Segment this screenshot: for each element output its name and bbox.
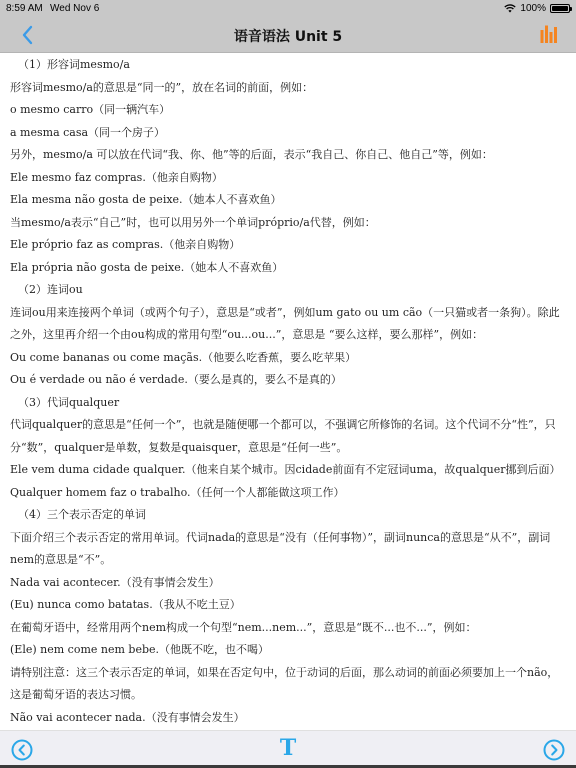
status-time: 8:59 AM: [6, 3, 43, 14]
battery-percent: 100%: [520, 3, 546, 14]
example-line: Ou é verdade ou não é verdade.（要么是真的，要么不…: [10, 369, 566, 392]
paragraph-line: nem的意思是“不”。: [10, 549, 566, 572]
paragraph-line: 下面介绍三个表示否定的常用单词。代词nada的意思是“没有（任何事物）”，副词n…: [10, 527, 566, 550]
example-line: Ou come bananas ou come maçãs.（他要么吃香蕉，要么…: [10, 347, 566, 370]
paragraph-line: 分“数”，qualquer是单数，复数是quaisquer，意思是“任何一些”。: [10, 437, 566, 460]
lesson-content[interactable]: （1）形容词mesmo/a 形容词mesmo/a的意思是“同一的”，放在名词的前…: [0, 54, 576, 730]
paragraph-line: 另外，mesmo/a 可以放在代词“我、你、他”等的后面，表示“我自己、你自己、…: [10, 144, 566, 167]
wifi-icon: [504, 4, 516, 13]
section-heading: （4）三个表示否定的单词: [10, 504, 566, 527]
example-line: Ela mesma não gosta de peixe.（她本人不喜欢鱼）: [10, 189, 566, 212]
example-line: Não vai acontecer nada.（没有事情会发生）: [10, 707, 566, 730]
paragraph-line: 这是葡萄牙语的表达习惯。: [10, 684, 566, 707]
example-line: Nada vai acontecer.（没有事情会发生）: [10, 572, 566, 595]
previous-page-icon[interactable]: [11, 739, 33, 761]
example-line: a mesma casa（同一个房子）: [10, 122, 566, 145]
bottom-toolbar: T: [0, 730, 576, 768]
paragraph-line: 连词ou用来连接两个单词（或两个句子），意思是“或者”，例如um gato ou…: [10, 302, 566, 325]
example-line: Ele vem duma cidade qualquer.（他来自某个城市。因c…: [10, 459, 566, 482]
paragraph-line: 请特别注意：这三个表示否定的单词，如果在否定句中，位于动词的后面，那么动词的前面…: [10, 662, 566, 685]
status-date: Wed Nov 6: [50, 3, 99, 14]
example-line: (Eu) nunca como batatas.（我从不吃土豆）: [10, 594, 566, 617]
page-title: 语音语法 Unit 5: [0, 26, 576, 46]
section-heading: （2）连词ou: [10, 279, 566, 302]
paragraph-line: 代词qualquer的意思是“任何一个”，也就是随便哪一个都可以，不强调它所修饰…: [10, 414, 566, 437]
section-heading: （3）代词qualquer: [10, 392, 566, 415]
paragraph-line: 之外，这里再介绍一个由ou构成的常用句型“ou...ou...”，意思是 “要么…: [10, 324, 566, 347]
battery-icon: [550, 4, 570, 13]
next-page-icon[interactable]: [543, 739, 565, 761]
example-line: Ele próprio faz as compras.（他亲自购物）: [10, 234, 566, 257]
section-heading: （1）形容词mesmo/a: [10, 54, 566, 77]
example-line: Qualquer homem faz o trabalho.（任何一个人都能做这…: [10, 482, 566, 505]
navigation-bar: 语音语法 Unit 5: [0, 18, 576, 53]
status-bar: 8:59 AM Wed Nov 6 100%: [0, 0, 576, 18]
example-line: Ele mesmo faz compras.（他亲自购物）: [10, 167, 566, 190]
status-right: 100%: [504, 3, 570, 14]
example-line: (Ele) nem come nem bebe.（他既不吃，也不喝）: [10, 639, 566, 662]
example-line: o mesmo carro（同一辆汽车）: [10, 99, 566, 122]
example-line: Ela própria não gosta de peixe.（她本人不喜欢鱼）: [10, 257, 566, 280]
paragraph-line: 当mesmo/a表示“自己”时，也可以用另外一个单词próprio/a代替，例如…: [10, 212, 566, 235]
font-size-button[interactable]: T: [276, 735, 300, 763]
paragraph-line: 形容词mesmo/a的意思是“同一的”，放在名词的前面，例如：: [10, 77, 566, 100]
bar-chart-icon[interactable]: [540, 25, 558, 43]
paragraph-line: 在葡萄牙语中，经常用两个nem构成一个句型“nem...nem...”，意思是“…: [10, 617, 566, 640]
